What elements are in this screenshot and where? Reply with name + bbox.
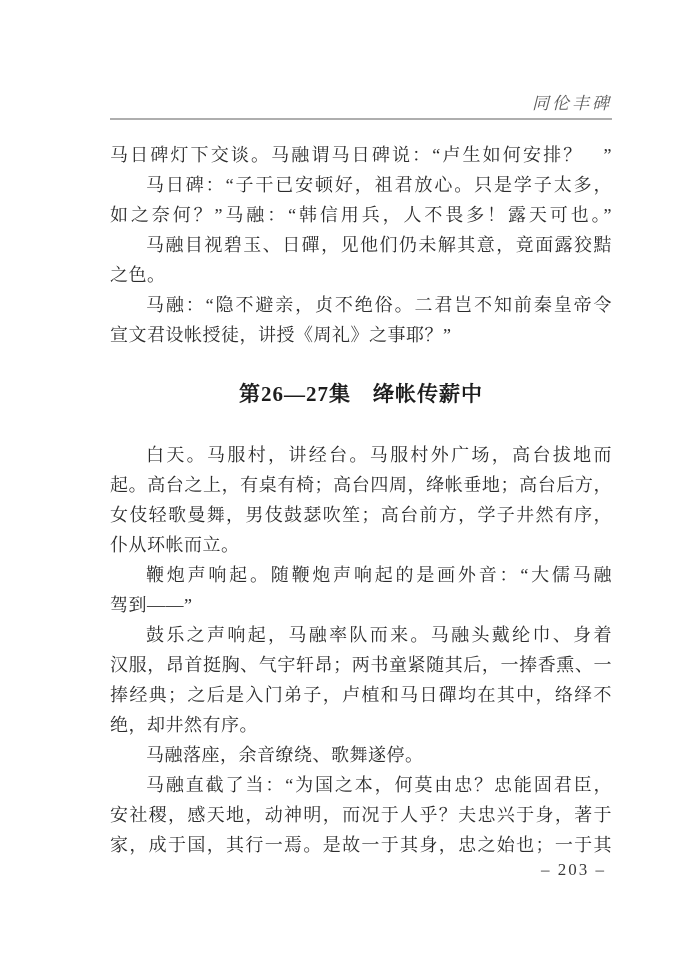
- running-head-title: 同伦丰碑: [532, 94, 612, 114]
- text-line: 仆从环帐而立。: [110, 530, 612, 560]
- paragraph: 马融落座，余音缭绕、歌舞遂停。: [110, 740, 612, 770]
- paragraph: 马融：“隐不避亲，贞不绝俗。二君岂不知前秦皇帝令宣文君设帐授徒，讲授《周礼》之事…: [110, 290, 612, 350]
- page-number: – 203 –: [110, 858, 606, 882]
- paragraph: 鞭炮声响起。随鞭炮声响起的是画外音：“大儒马融驾到——”: [110, 560, 612, 620]
- text-line: 马融直截了当：“为国之本，何莫由忠？忠能固君臣，: [110, 770, 612, 800]
- text-line: 驾到——”: [110, 590, 612, 620]
- text-line: 捧经典；之后是入门弟子，卢植和马日磾均在其中，络绎不: [110, 680, 612, 710]
- text-line: 鼓乐之声响起，马融率队而来。马融头戴纶巾、身着: [110, 620, 612, 650]
- text-line: 如之奈何？”马融：“韩信用兵，人不畏多！露天可也。”: [110, 200, 612, 230]
- paragraph: 马日碑灯下交谈。马融谓马日碑说：“卢生如何安排？ ”: [110, 140, 612, 170]
- text-line: 白天。马服村，讲经台。马服村外广场，高台拔地而: [110, 440, 612, 470]
- text-line: 女伎轻歌曼舞，男伎鼓瑟吹笙；高台前方，学子井然有序，: [110, 500, 612, 530]
- text-line: 马日碑灯下交谈。马融谓马日碑说：“卢生如何安排？ ”: [110, 140, 612, 170]
- paragraph: 白天。马服村，讲经台。马服村外广场，高台拔地而起。高台之上，有桌有椅；高台四周，…: [110, 440, 612, 560]
- text-line: 家，成于国，其行一焉。是故一于其身，忠之始也；一于其: [110, 830, 612, 860]
- page-body: 马日碑灯下交谈。马融谓马日碑说：“卢生如何安排？ ”马日碑：“子干已安顿好，祖君…: [110, 140, 612, 860]
- paragraph: 马融目视碧玉、日磾，见他们仍未解其意，竟面露狡黠之色。: [110, 230, 612, 290]
- text-line: 马融目视碧玉、日磾，见他们仍未解其意，竟面露狡黠: [110, 230, 612, 260]
- paragraph: 鼓乐之声响起，马融率队而来。马融头戴纶巾、身着汉服，昂首挺胸、气宇轩昂；两书童紧…: [110, 620, 612, 740]
- scene-heading: 第26—27集 绛帐传薪中: [110, 377, 612, 411]
- text-line: 之色。: [110, 260, 612, 290]
- text-line: 马融落座，余音缭绕、歌舞遂停。: [110, 740, 612, 770]
- text-line: 起。高台之上，有桌有椅；高台四周，绛帐垂地；高台后方，: [110, 470, 612, 500]
- paragraph: 马日碑：“子干已安顿好，祖君放心。只是学子太多，如之奈何？”马融：“韩信用兵，人…: [110, 170, 612, 230]
- text-line: 宣文君设帐授徒，讲授《周礼》之事耶？”: [110, 320, 612, 350]
- text-line: 绝，却井然有序。: [110, 710, 612, 740]
- text-line: 安社稷，感天地，动神明，而况于人乎？夫忠兴于身，著于: [110, 800, 612, 830]
- text-line: 鞭炮声响起。随鞭炮声响起的是画外音：“大儒马融: [110, 560, 612, 590]
- text-line: 马日碑：“子干已安顿好，祖君放心。只是学子太多，: [110, 170, 612, 200]
- paragraph: 马融直截了当：“为国之本，何莫由忠？忠能固君臣，安社稷，感天地，动神明，而况于人…: [110, 770, 612, 860]
- header-rule: [110, 118, 612, 120]
- page-header: 同伦丰碑: [110, 94, 612, 120]
- book-page: 同伦丰碑 马日碑灯下交谈。马融谓马日碑说：“卢生如何安排？ ”马日碑：“子干已安…: [0, 0, 692, 968]
- text-line: 汉服，昂首挺胸、气宇轩昂；两书童紧随其后，一捧香熏、一: [110, 650, 612, 680]
- text-line: 马融：“隐不避亲，贞不绝俗。二君岂不知前秦皇帝令: [110, 290, 612, 320]
